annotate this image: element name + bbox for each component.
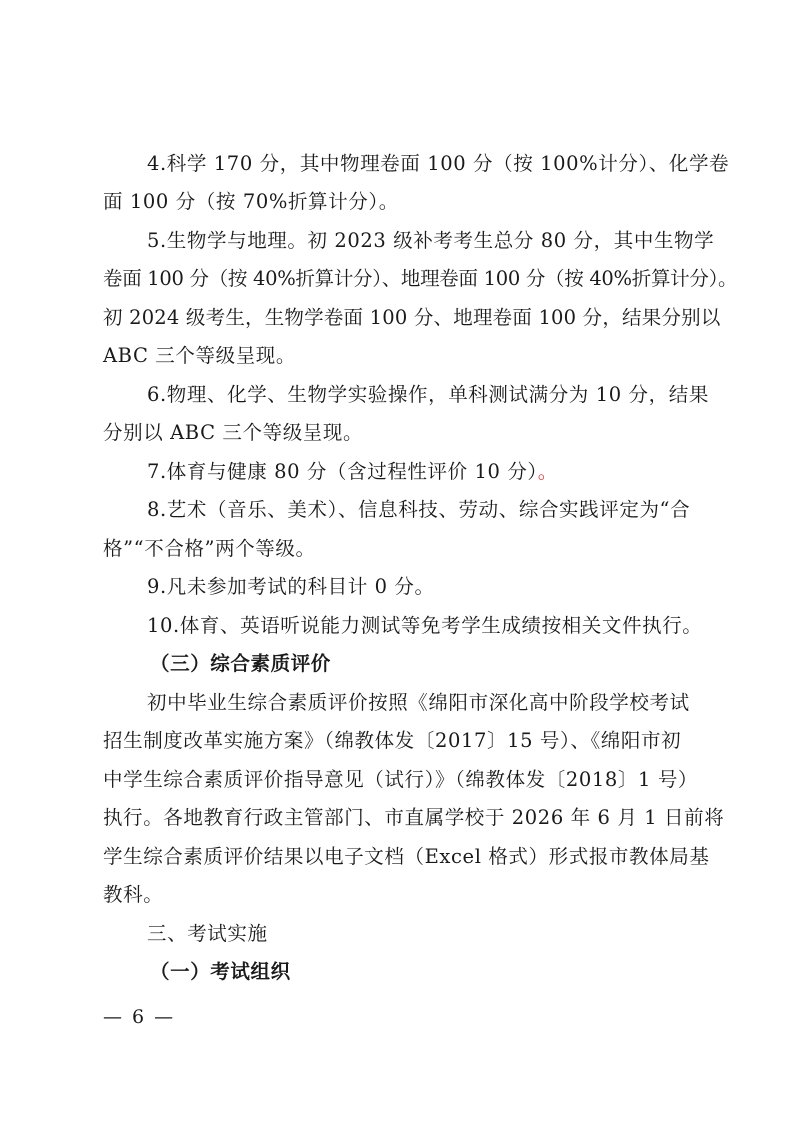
paragraph-line: 7.体育与健康 80 分（含过程性评价 10 分）。 [147,460,747,484]
paragraph-line: 学生综合素质评价结果以电子文档（Excel 格式）形式报市教体局基 [103,845,703,869]
subsection-heading: （三）综合素质评价 [150,652,750,676]
red-period-mark: 。 [538,460,558,483]
document-page: 4.科学 170 分，其中物理卷面 100 分（按 100%计分）、化学卷 面 … [0,0,793,1122]
paragraph-line: 5.生物学与地理。初 2023 级补考考生总分 80 分，其中生物学 [147,229,747,253]
paragraph-line: 4.科学 170 分，其中物理卷面 100 分（按 100%计分）、化学卷 [147,152,747,176]
paragraph-line: 分别以 ABC 三个等级呈现。 [103,421,703,445]
paragraph-line: 中学生综合素质评价指导意见（试行）》（绵教体发〔2018〕1 号） [103,768,703,792]
paragraph-line: 10.体育、英语听说能力测试等免考学生成绩按相关文件执行。 [147,614,747,638]
paragraph-line: 招生制度改革实施方案》（绵教体发〔2017〕15 号）、《绵阳市初 [103,729,703,753]
paragraph-line: 教科。 [103,883,703,907]
paragraph-line: 格”“不合格”两个等级。 [103,537,703,561]
paragraph-line: 9.凡未参加考试的科目计 0 分。 [147,575,747,599]
page-number: — 6 — [103,1006,175,1028]
section-heading: 三、考试实施 [147,922,747,946]
paragraph-line: 执行。各地教育行政主管部门、市直属学校于 2026 年 6 月 1 日前将 [103,806,703,830]
paragraph-line: 8.艺术（音乐、美术）、信息科技、劳动、综合实践评定为“合 [147,498,747,522]
paragraph-line: 卷面 100 分（按 40%折算计分）、地理卷面 100 分（按 40%折算计分… [103,267,703,291]
paragraph-line: 6.物理、化学、生物学实验操作，单科测试满分为 10 分，结果 [147,383,747,407]
paragraph-line: 初 2024 级考生，生物学卷面 100 分、地理卷面 100 分，结果分别以 [103,306,703,330]
paragraph-line: 面 100 分（按 70%折算计分）。 [103,190,703,214]
paragraph-line: ABC 三个等级呈现。 [103,344,703,368]
paragraph-line: 初中毕业生综合素质评价按照《绵阳市深化高中阶段学校考试 [147,691,747,715]
subsection-heading: （一）考试组织 [150,960,750,984]
paragraph-text: 7.体育与健康 80 分（含过程性评价 10 分） [147,460,538,483]
